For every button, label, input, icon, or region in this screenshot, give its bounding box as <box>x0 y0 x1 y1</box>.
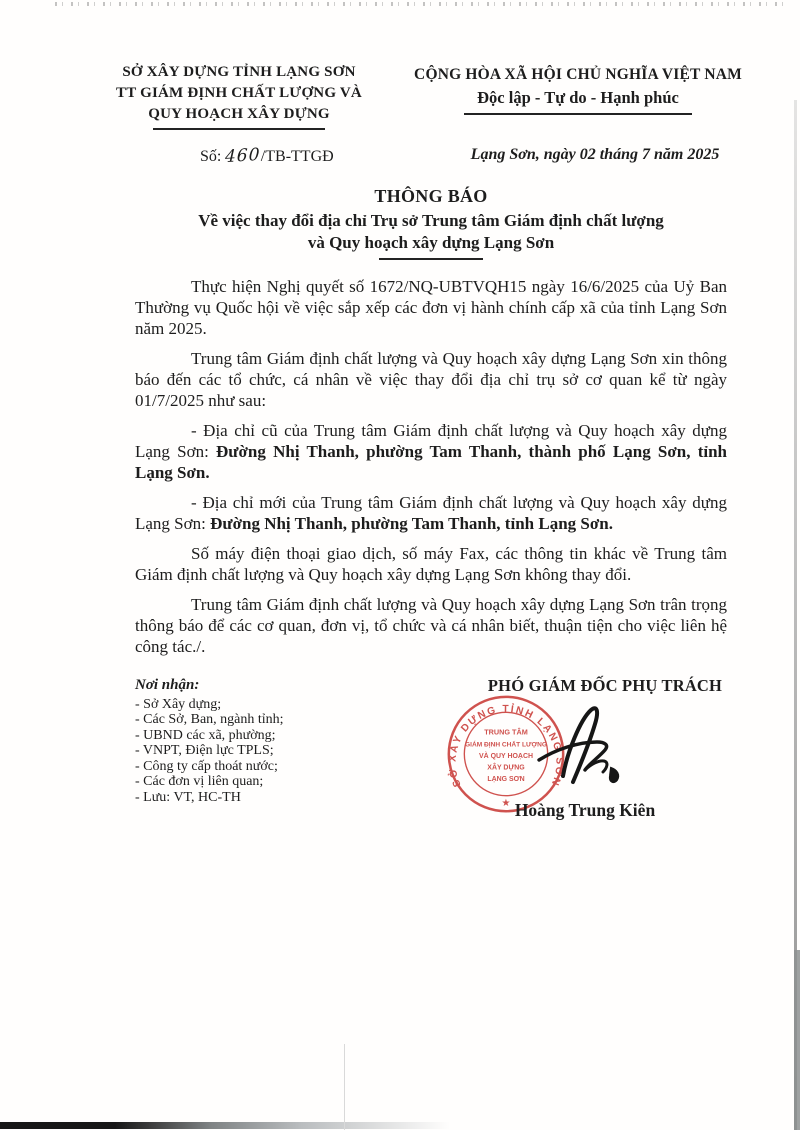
national-motto-block: CỘNG HÒA XÃ HỘI CHỦ NGHĨA VIỆT NAM Độc l… <box>398 64 758 115</box>
scanned-document-page: SỞ XÂY DỰNG TỈNH LẠNG SƠN TT GIÁM ĐỊNH C… <box>0 0 800 1130</box>
recipients-block: Nơi nhận: - Sở Xây dựng; - Các Sở, Ban, … <box>135 678 385 805</box>
country-title: CỘNG HÒA XÃ HỘI CHỦ NGHĨA VIỆT NAM <box>398 64 758 86</box>
document-title-block: THÔNG BÁO Về việc thay đổi địa chỉ Trụ s… <box>135 184 727 260</box>
paragraph-announcement: Trung tâm Giám định chất lượng và Quy ho… <box>135 348 727 411</box>
scan-artifact-bottom-bar <box>0 1122 460 1129</box>
agency-underline <box>153 128 325 130</box>
recipient-item: - VNPT, Điện lực TPLS; <box>135 743 385 759</box>
recipient-item: - Lưu: VT, HC-TH <box>135 790 385 806</box>
scan-artifact-top-edge <box>55 2 785 6</box>
new-address-value: Đường Nhị Thanh, phường Tam Thanh, tỉnh … <box>210 514 613 533</box>
paragraph-legal-basis: Thực hiện Nghị quyết số 1672/NQ-UBTVQH15… <box>135 276 727 339</box>
agency-name-line2: QUY HOẠCH XÂY DỰNG <box>108 104 370 125</box>
scan-artifact-right-bar <box>794 950 800 1130</box>
document-type-heading: THÔNG BÁO <box>135 184 727 208</box>
place-and-date-line: Lạng Sơn, ngày 02 tháng 7 năm 2025 <box>430 146 760 164</box>
document-number-handwritten: 460 <box>225 145 261 168</box>
old-address-value: Đường Nhị Thanh, phường Tam Thanh, thành… <box>135 442 727 482</box>
signer-name: Hoàng Trung Kiên <box>455 800 715 821</box>
document-number-label: Số: <box>200 148 221 165</box>
national-motto: Độc lập - Tự do - Hạnh phúc <box>398 86 758 110</box>
handwritten-signature-icon <box>525 698 635 798</box>
recipients-label: Nơi nhận: <box>135 678 385 694</box>
paragraph-closing: Trung tâm Giám định chất lượng và Quy ho… <box>135 594 727 657</box>
document-number-suffix: /TB-TTGĐ <box>261 148 334 165</box>
stamp-inner-line: TRUNG TÂM <box>484 728 528 737</box>
document-body: Thực hiện Nghị quyết số 1672/NQ-UBTVQH15… <box>135 276 727 666</box>
recipient-item: - UBND các xã, phường; <box>135 728 385 744</box>
recipient-item: - Công ty cấp thoát nước; <box>135 759 385 775</box>
recipient-item: - Sở Xây dựng; <box>135 697 385 713</box>
issuing-agency-block: SỞ XÂY DỰNG TỈNH LẠNG SƠN TT GIÁM ĐỊNH C… <box>108 62 370 130</box>
document-number: Số: 460/TB-TTGĐ <box>200 146 334 166</box>
agency-parent-name: SỞ XÂY DỰNG TỈNH LẠNG SƠN <box>108 62 370 83</box>
stamp-inner-line: XÂY DỰNG <box>487 763 524 772</box>
recipient-item: - Các Sở, Ban, ngành tỉnh; <box>135 712 385 728</box>
recipient-item: - Các đơn vị liên quan; <box>135 774 385 790</box>
motto-underline <box>464 113 692 115</box>
paragraph-old-address: - Địa chỉ cũ của Trung tâm Giám định chấ… <box>135 420 727 483</box>
scan-artifact-fold-line <box>344 1044 345 1130</box>
subject-line2: và Quy hoạch xây dựng Lạng Sơn <box>308 233 554 252</box>
title-underline <box>379 258 483 260</box>
paragraph-new-address: - Địa chỉ mới của Trung tâm Giám định ch… <box>135 492 727 534</box>
paragraph-contact-unchanged: Số máy điện thoại giao dịch, số máy Fax,… <box>135 543 727 585</box>
document-subject: Về việc thay đổi địa chỉ Trụ sở Trung tâ… <box>135 210 727 254</box>
subject-line1: Về việc thay đổi địa chỉ Trụ sở Trung tâ… <box>198 211 664 230</box>
agency-name-line1: TT GIÁM ĐỊNH CHẤT LƯỢNG VÀ <box>108 83 370 104</box>
stamp-inner-line: LẠNG SƠN <box>487 776 524 783</box>
